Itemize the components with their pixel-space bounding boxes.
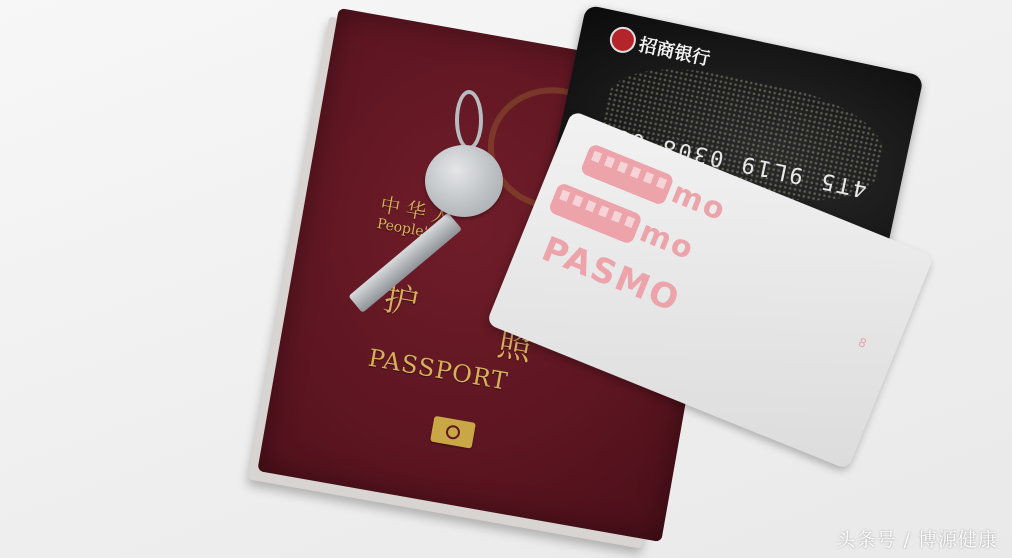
- pasmo-mark-icon: 8: [856, 335, 868, 351]
- pasmo-mo-2: mo: [635, 214, 700, 267]
- biometric-chip-icon: [430, 416, 476, 449]
- photo-scene: 中华人 People's 护 照 PASSPORT 招商银行 4T5 9L19 …: [0, 0, 1012, 558]
- passport-title-en: PASSPORT: [366, 344, 510, 396]
- bank-name: 招商银行: [637, 31, 713, 71]
- watermark: 头条号 / 博源健康: [837, 525, 998, 552]
- pasmo-mo-1: mo: [667, 175, 732, 228]
- key-ring-icon: [455, 90, 483, 150]
- key-head: [425, 145, 503, 217]
- key: [330, 90, 530, 280]
- bank-logo-icon: [607, 24, 638, 55]
